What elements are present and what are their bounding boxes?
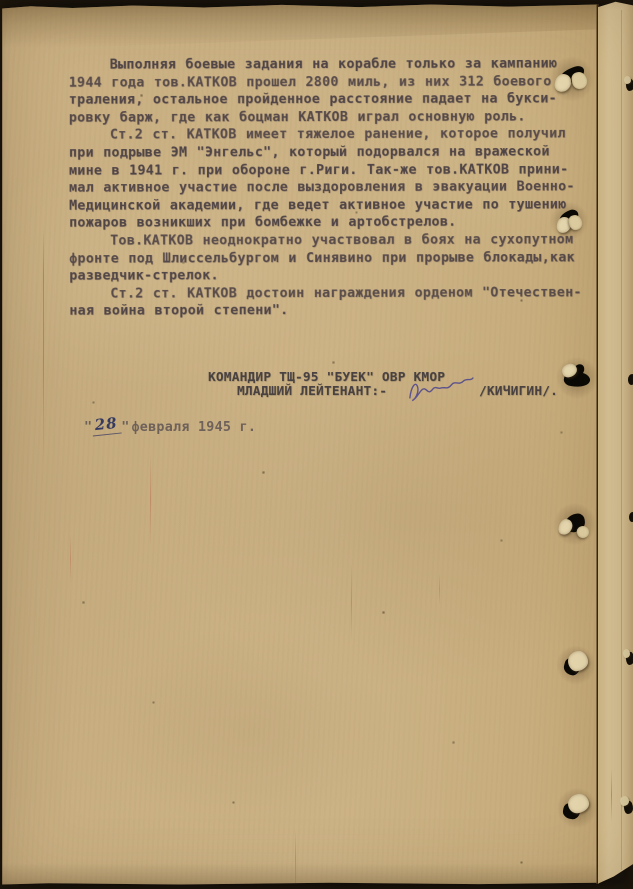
paper-hole bbox=[554, 205, 584, 237]
text-line: Ст.2 ст. КАТКОВ достоин награждения орде… bbox=[69, 284, 582, 303]
text-line: при подрыве ЭМ "Энгельс", который подорв… bbox=[69, 143, 582, 162]
scanned-document-page: Выполняя боевые задания на корабле тольк… bbox=[0, 0, 633, 889]
red-pencil-mark bbox=[43, 228, 44, 462]
edge-notch bbox=[626, 372, 633, 388]
paper-specks bbox=[1, 0, 2, 1]
text-line: пожаров возникших при бомбежке и артобст… bbox=[69, 214, 582, 233]
text-line: Медицинской академии, где ведет активное… bbox=[69, 196, 582, 215]
edge-notch bbox=[623, 648, 633, 668]
rank-line: МЛАДШИЙ ЛЕЙТЕНАНТ:- bbox=[237, 384, 387, 399]
red-pencil-mark bbox=[70, 535, 71, 583]
paper-hole bbox=[553, 60, 591, 98]
red-pencil-mark bbox=[150, 452, 151, 547]
text-line: 1944 года тов.КАТКОВ прошел 2800 миль, и… bbox=[69, 73, 582, 92]
quote-mark: " bbox=[121, 420, 129, 435]
text-line: Ст.2 ст. КАТКОВ имеет тяжелое ранение, к… bbox=[69, 126, 582, 145]
paper-hole bbox=[558, 506, 592, 542]
text-line: Выполняя боевые задания на корабле тольк… bbox=[69, 55, 582, 74]
text-line: разведчик-стрелок. bbox=[69, 266, 582, 285]
text-line: мине в 1941 г. при обороне г.Риги. Так-ж… bbox=[69, 161, 582, 180]
paper-hole bbox=[560, 792, 594, 824]
text-line: ная война второй степени". bbox=[69, 302, 582, 321]
paper-sheet: Выполняя боевые задания на корабле тольк… bbox=[1, 0, 598, 889]
signature-surname: /КИЧИГИН/. bbox=[479, 384, 558, 399]
edge-notch bbox=[620, 796, 633, 818]
paper-top-edge-shading bbox=[1, 4, 598, 50]
underlying-page-edge bbox=[598, 0, 633, 889]
edge-notch bbox=[624, 76, 633, 94]
document-body: Выполняя боевые задания на корабле тольк… bbox=[69, 55, 582, 320]
edge-notch bbox=[627, 510, 633, 524]
red-pencil-mark bbox=[611, 768, 612, 822]
paper-bottom-edge-shading bbox=[1, 863, 598, 889]
handwritten-day: 28 bbox=[91, 414, 122, 437]
page-edge-crease bbox=[621, 10, 622, 870]
red-pencil-mark bbox=[439, 573, 440, 605]
red-pencil-mark bbox=[351, 563, 352, 641]
paper-hole bbox=[560, 360, 594, 396]
text-line: мал активное участие после выздоровления… bbox=[69, 178, 582, 197]
paper-hole bbox=[560, 649, 592, 681]
typed-month-year: февраля 1945 г. bbox=[132, 420, 257, 435]
text-line: ровку барж, где как боцман КАТКОВ играл … bbox=[69, 108, 582, 127]
text-line: траления, остальное пройденное расстояни… bbox=[69, 91, 582, 110]
date-line: "28"февраля 1945 г. bbox=[84, 417, 256, 437]
red-pencil-mark bbox=[295, 830, 296, 886]
text-line: фронте под Шлиссельбургом и Синявино при… bbox=[69, 249, 582, 268]
text-line: Тов.КАТКОВ неоднократно участвовал в боя… bbox=[69, 231, 582, 250]
